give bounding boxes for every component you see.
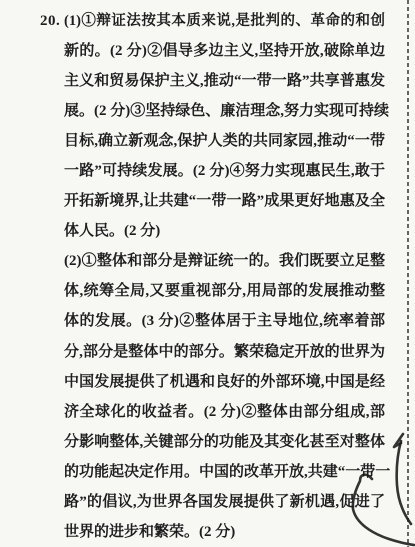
scanned-answer-page: 20. (1)①辩证法按其本质来说,是批判的、革命的和创 新的。(2 分)②倡导… (0, 0, 415, 547)
answer-line: 世界的进步和繁荣。(2 分) (64, 517, 385, 547)
answer-line: 分,部分是整体中的部分。繁荣稳定开放的世界为 (64, 337, 385, 367)
answer-line: 体人民。(2 分) (64, 216, 385, 246)
question-number: 20. (40, 6, 64, 36)
page-edge-dotted-line (407, 0, 409, 547)
answer-line: 主义和贸易保护主义,推动“一带一路”共享普惠发 (64, 66, 385, 96)
answer-line: 体的发展。(3 分)②整体居于主导地位,统率着部 (64, 306, 385, 336)
answer-line: 新的。(2 分)②倡导多边主义,坚持开放,破除单边 (64, 36, 385, 66)
answer-line: 体,统筹全局,又要重视部分,用局部的发展推动整 (64, 276, 385, 306)
answer-line: 目标,确立新观念,保护人类的共同家园,推动“一带 (64, 126, 385, 156)
answer-block: 20. (1)①辩证法按其本质来说,是批判的、革命的和创 新的。(2 分)②倡导… (40, 6, 385, 547)
answer-line: 的功能起决定作用。中国的改革开放,共建“一带一 (64, 457, 385, 487)
answer-line: 中国发展提供了机遇和良好的外部环境,中国是经 (64, 367, 385, 397)
answer-line: 展。(2 分)③坚持绿色、廉洁理念,努力实现可持续 (64, 96, 385, 126)
answer-line: 济全球化的收益者。(2 分)②整体由部分组成,部 (64, 397, 385, 427)
answer-line: 开拓新境界,让共建“一带一路”成果更好地惠及全 (64, 186, 385, 216)
answer-first-line-row: 20. (1)①辩证法按其本质来说,是批判的、革命的和创 (40, 6, 385, 36)
answer-line: (1)①辩证法按其本质来说,是批判的、革命的和创 (64, 6, 385, 36)
answer-line: 一路”可持续发展。(2 分)④努力实现惠民生,敢于 (64, 156, 385, 186)
answer-line: 路”的倡议,为世界各国发展提供了新机遇,促进了 (64, 487, 385, 517)
answer-line: 分影响整体,关键部分的功能及其变化甚至对整体 (64, 427, 385, 457)
answer-line: (2)①整体和部分是辩证统一的。我们既要立足整 (64, 246, 385, 276)
